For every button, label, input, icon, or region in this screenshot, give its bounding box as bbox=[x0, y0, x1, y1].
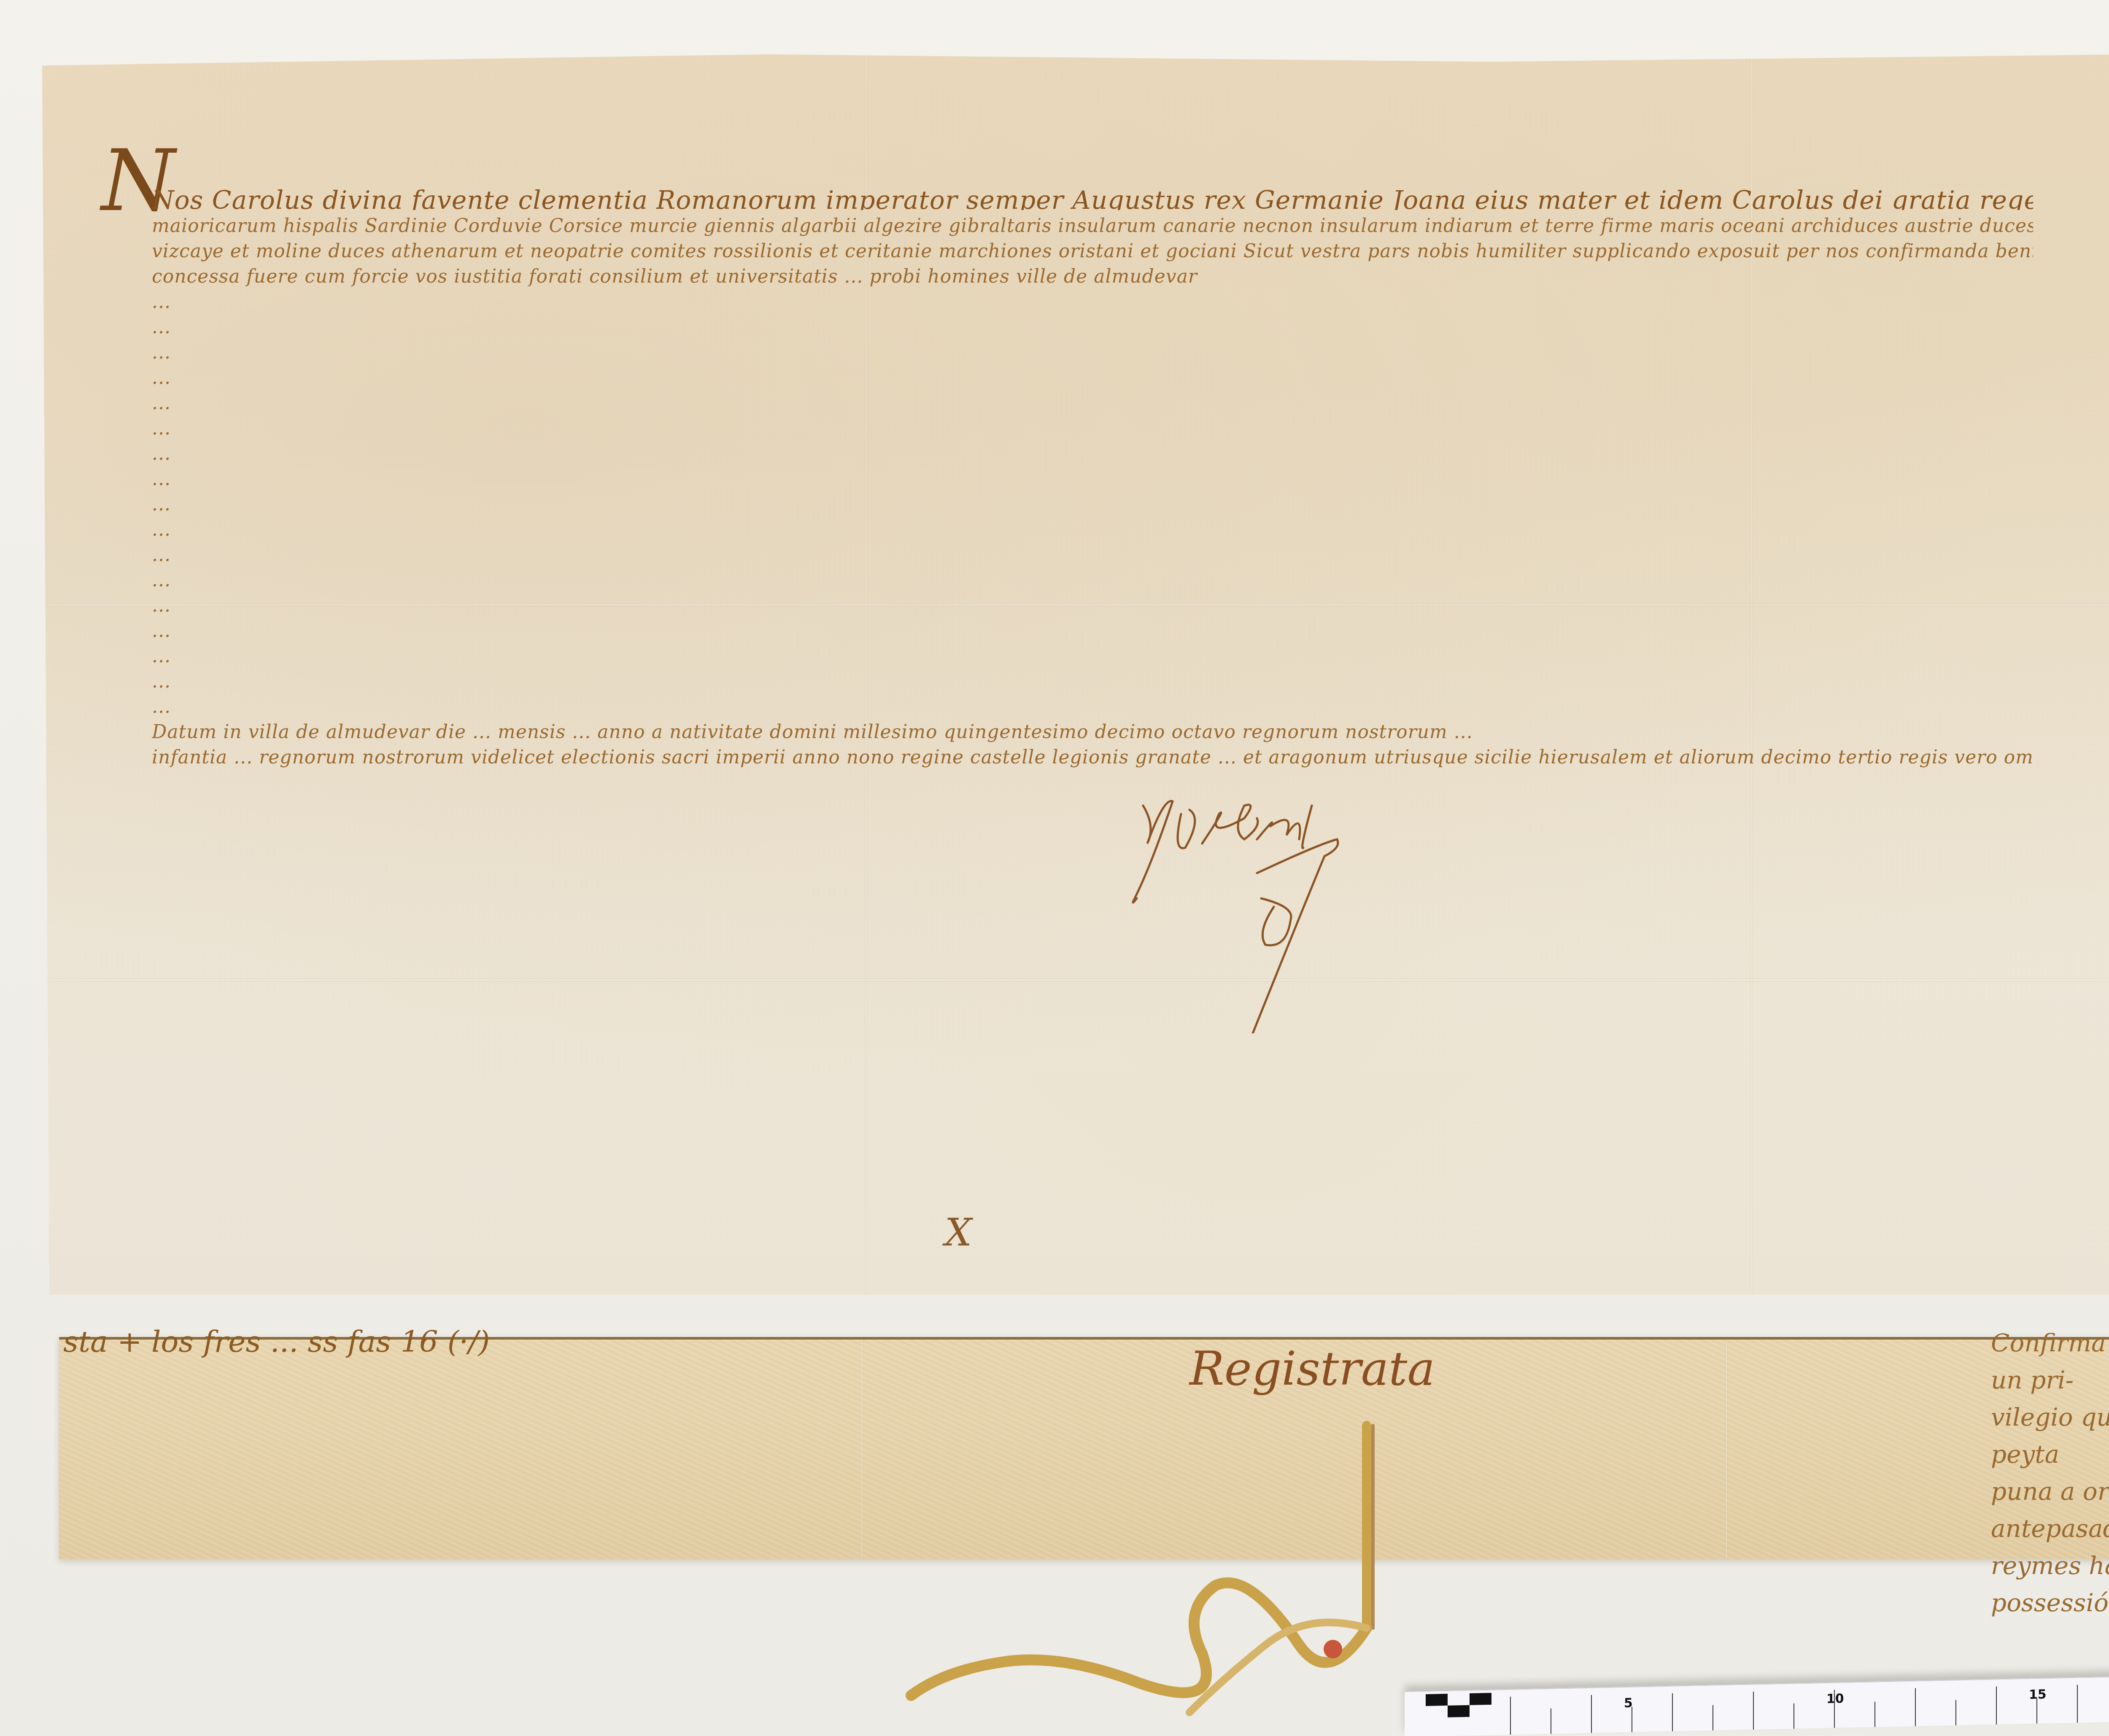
horizontal-fold-crease bbox=[42, 979, 2109, 982]
text-line: ... bbox=[152, 316, 2033, 341]
ruler-checker bbox=[1470, 1693, 1491, 1705]
text-line: ... bbox=[152, 696, 2033, 720]
text-line: ... bbox=[152, 392, 2033, 417]
seal-cord bbox=[844, 1392, 1518, 1729]
ruler-tick bbox=[1793, 1704, 1794, 1729]
ruler-checker bbox=[1448, 1705, 1470, 1717]
text-line: Datum in villa de almudevar die ... mens… bbox=[152, 721, 2033, 746]
ruler-tick bbox=[2077, 1685, 2078, 1723]
ruler-tick bbox=[1915, 1688, 1916, 1726]
ruler-tick bbox=[1955, 1700, 1956, 1725]
text-line: vizcaye et moline duces athenarum et neo… bbox=[152, 240, 2033, 265]
text-line: infantia ... regnorum nostrorum videlice… bbox=[152, 747, 2033, 771]
text-line: ... bbox=[152, 342, 2033, 366]
endorsement-line: Confirma su Mt a la villa de almudevar u… bbox=[1991, 1324, 2109, 1399]
endorsement-note: Confirma su Mt a la villa de almudevar u… bbox=[1991, 1324, 2109, 1621]
ruler-tick bbox=[1510, 1697, 1511, 1735]
text-line: ... bbox=[152, 493, 2033, 518]
ruler-tick bbox=[1672, 1693, 1673, 1731]
text-line: ... bbox=[152, 569, 2033, 594]
text-line: Nos Carolus divina favente clementia Rom… bbox=[152, 186, 2033, 210]
text-line: ... bbox=[152, 671, 2033, 695]
endorsement-line: puna a orgado por los reyes antepasados bbox=[1991, 1473, 2109, 1547]
text-line: ... bbox=[152, 620, 2033, 644]
text-line: ... bbox=[152, 367, 2033, 391]
charter-main-text: N Nos Carolus divina favente clementia R… bbox=[101, 139, 2033, 793]
text-line: maioricarum hispalis Sardinie Corduvie C… bbox=[152, 215, 2033, 240]
text-line: ... bbox=[152, 291, 2033, 315]
registrata-mark: Registrata bbox=[1189, 1341, 1435, 1396]
ruler-tick bbox=[1834, 1690, 1835, 1728]
ruler-label: 10 bbox=[1826, 1691, 1844, 1706]
ruler-tick bbox=[1753, 1692, 1754, 1730]
text-line: concessa fuere cum forcie vos iustitia f… bbox=[152, 266, 2033, 290]
text-line: ... bbox=[152, 468, 2033, 493]
ruler-tick bbox=[1591, 1695, 1592, 1733]
ruler-tick bbox=[1874, 1702, 1875, 1727]
ruler-label: 15 bbox=[2029, 1687, 2047, 1702]
text-line: ... bbox=[152, 595, 2033, 619]
ruler-tick bbox=[1996, 1687, 1997, 1725]
text-line: ... bbox=[152, 645, 2033, 670]
ruler-tick bbox=[1632, 1707, 1632, 1732]
endorsement-line: reymes hane stado y estan en possessión bbox=[1991, 1547, 2109, 1621]
text-line: ... bbox=[152, 418, 2033, 442]
ruler-tick bbox=[2036, 1698, 2037, 1724]
decorated-initial: N bbox=[101, 139, 175, 224]
royal-signature-yo-el-rey bbox=[1118, 780, 1582, 1033]
ruler-tick bbox=[1551, 1709, 1551, 1734]
chancery-margin-notes: sta + los fres ... ss fas 16 (·/) bbox=[63, 1324, 490, 1359]
ruler-tick bbox=[1713, 1705, 1713, 1731]
text-line: ... bbox=[152, 443, 2033, 467]
ruler-checker bbox=[1426, 1694, 1448, 1706]
cross-mark: X bbox=[945, 1210, 972, 1255]
text-line: ... bbox=[152, 544, 2033, 569]
plica-crease bbox=[1725, 1340, 1728, 1559]
endorsement-line: vilegio que tienen de franqueza de la pe… bbox=[1991, 1399, 2109, 1473]
text-line: ... bbox=[152, 519, 2033, 543]
